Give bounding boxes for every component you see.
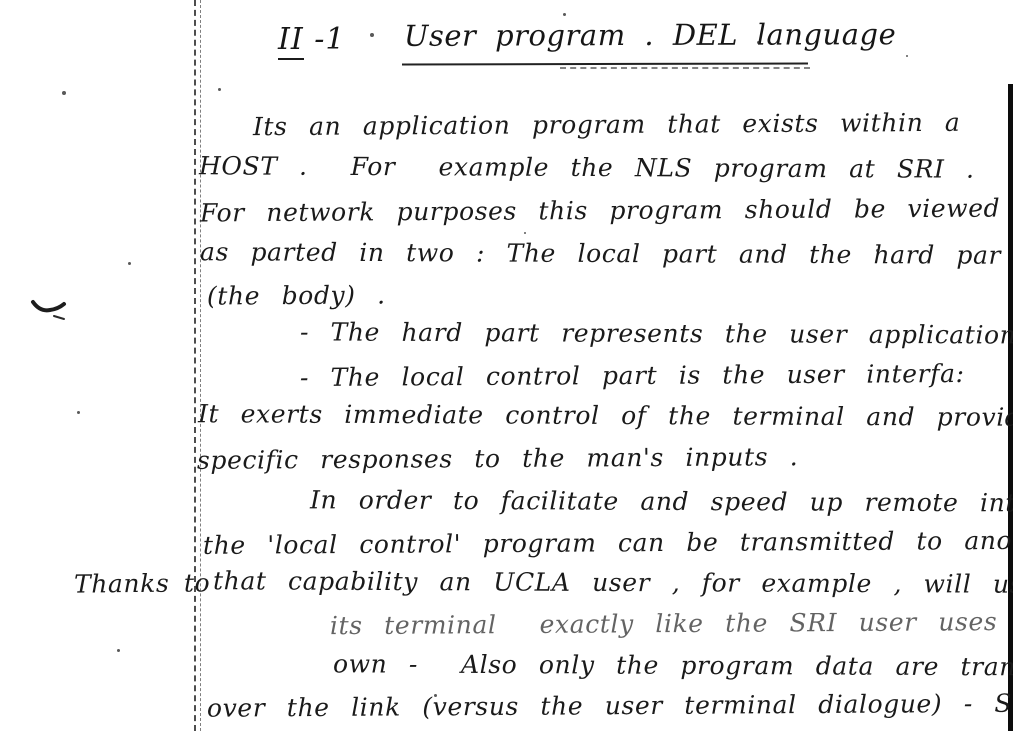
ink-speck (128, 262, 131, 265)
handwritten-line: (the body) . (207, 280, 386, 310)
margin-rule-line-left (194, 0, 196, 731)
ink-speck (757, 41, 760, 44)
ink-speck (876, 249, 879, 252)
page-title: User program . DEL language (404, 17, 896, 53)
handwritten-line: Its an application program that exists w… (253, 108, 961, 141)
ink-speck (62, 91, 66, 95)
title-underline (402, 62, 808, 65)
handwritten-line: - The hard part represents the user appl… (300, 317, 1013, 349)
handwritten-line: the 'local control' program can be trans… (203, 525, 1013, 560)
ink-speck (117, 649, 120, 652)
section-numeral: II (278, 22, 304, 60)
section-number: II -1 (278, 22, 345, 57)
handwritten-line: over the link (versus the user terminal … (207, 688, 1013, 722)
margin-rule-line-right (200, 0, 201, 731)
handwritten-line: In order to facilitate and speed up remo… (310, 485, 1013, 517)
handwritten-line: It exerts immediate control of the termi… (198, 399, 1013, 432)
scanned-handwritten-page: II -1 User program . DEL language Its an… (0, 0, 1013, 731)
handwritten-line: - The local control part is the user int… (300, 359, 965, 392)
title-underline-dashes (560, 67, 810, 69)
handwritten-line: specific responses to the man's inputs . (197, 442, 798, 475)
section-suffix: -1 (304, 22, 346, 57)
pen-squiggle-mark (30, 294, 80, 322)
ink-speck (77, 411, 80, 414)
margin-note: Thanks to (74, 568, 210, 598)
ink-speck (563, 13, 566, 16)
handwritten-line: that capability an UCLA user , for examp… (213, 566, 1013, 599)
ink-speck (524, 232, 526, 234)
handwritten-line: its terminal exactly like the SRI user u… (330, 607, 1013, 640)
handwritten-line: own - Also only the program data are tra… (333, 649, 1013, 681)
margin-rule-line (194, 0, 201, 731)
handwritten-line: For network purposes this program should… (200, 194, 1000, 228)
handwritten-line: as parted in two : The local part and th… (200, 237, 1001, 269)
handwritten-line: HOST . For example the NLS program at SR… (199, 151, 975, 183)
ink-speck (218, 88, 221, 91)
ink-speck (370, 33, 374, 37)
ink-speck (906, 55, 908, 57)
ink-speck (434, 694, 437, 697)
